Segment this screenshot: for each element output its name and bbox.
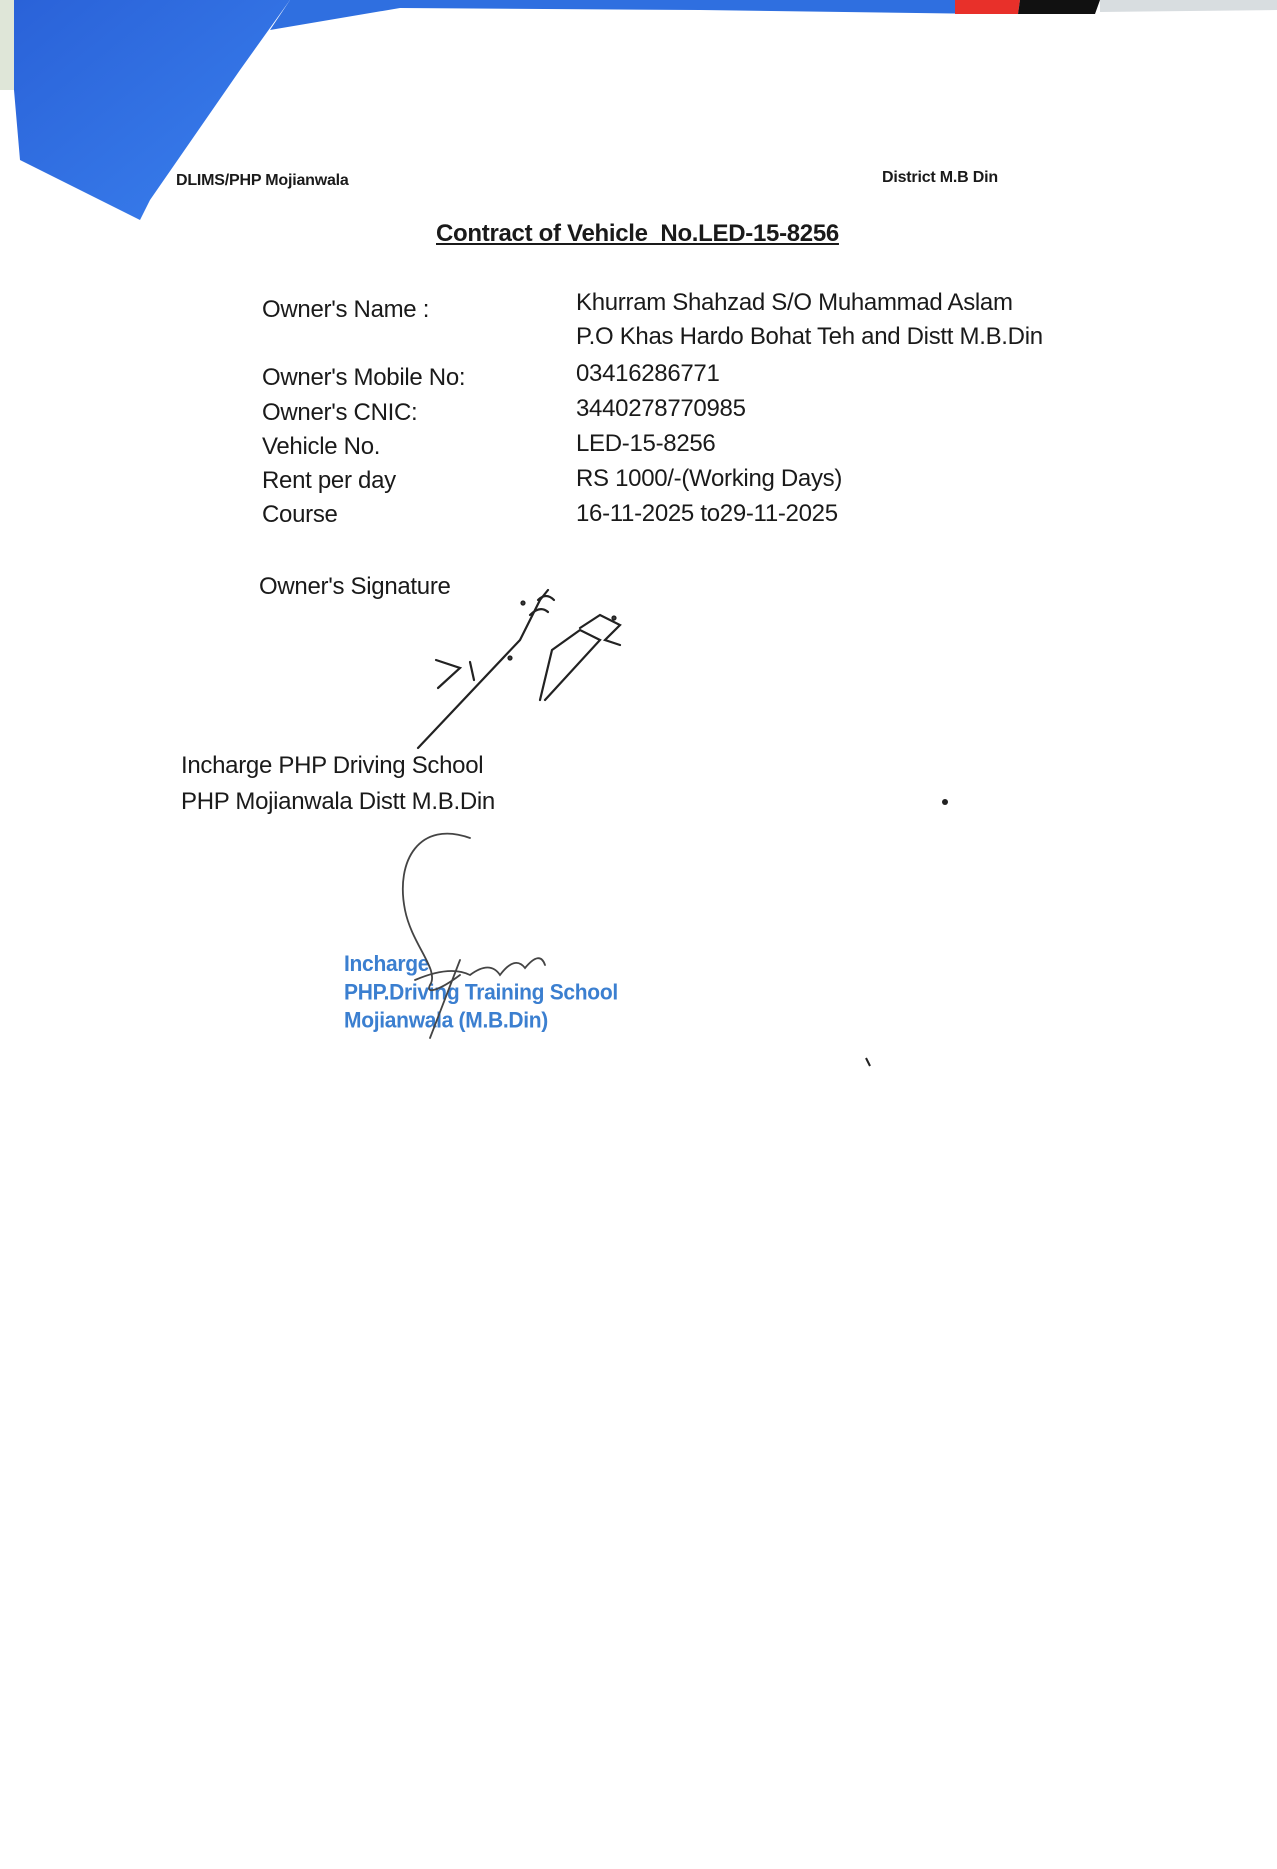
- owner-address-value: P.O Khas Hardo Bohat Teh and Distt M.B.D…: [576, 323, 1043, 351]
- owner-mobile-label: Owner's Mobile No:: [262, 364, 465, 392]
- course-label: Course: [262, 501, 338, 529]
- rent-label: Rent per day: [262, 467, 396, 495]
- stray-mark: [942, 799, 948, 805]
- owner-name-label: Owner's Name :: [262, 296, 429, 324]
- course-value: 16-11-2025 to29-11-2025: [576, 500, 838, 528]
- stray-mark: [866, 1058, 870, 1066]
- contract-document: DLIMS/PHP Mojianwala District M.B Din Co…: [0, 0, 1277, 1869]
- owner-cnic-value: 3440278770985: [576, 395, 746, 423]
- incharge-location: PHP Mojianwala Distt M.B.Din: [181, 788, 495, 816]
- stamp-line-1: Incharge: [344, 950, 618, 978]
- stamp-line-2: PHP.Driving Training School: [344, 978, 618, 1006]
- owner-cnic-label: Owner's CNIC:: [262, 399, 417, 427]
- header-district: District M.B Din: [882, 169, 998, 187]
- vehicle-no-label: Vehicle No.: [262, 433, 380, 461]
- rent-value: RS 1000/-(Working Days): [576, 465, 842, 493]
- contract-title: Contract of Vehicle No.LED-15-8256: [436, 220, 839, 248]
- vehicle-no-value: LED-15-8256: [576, 430, 715, 458]
- official-stamp: Incharge PHP.Driving Training School Moj…: [344, 950, 618, 1035]
- owner-signature-mark: [418, 590, 620, 748]
- owner-signature-label: Owner's Signature: [259, 573, 451, 601]
- handwritten-signatures: [0, 0, 1277, 1869]
- incharge-title: Incharge PHP Driving School: [181, 752, 483, 780]
- owner-mobile-value: 03416286771: [576, 360, 720, 388]
- owner-name-value: Khurram Shahzad S/O Muhammad Aslam: [576, 289, 1013, 317]
- header-office: DLIMS/PHP Mojianwala: [176, 172, 349, 190]
- stamp-line-3: Mojianwala (M.B.Din): [344, 1007, 618, 1035]
